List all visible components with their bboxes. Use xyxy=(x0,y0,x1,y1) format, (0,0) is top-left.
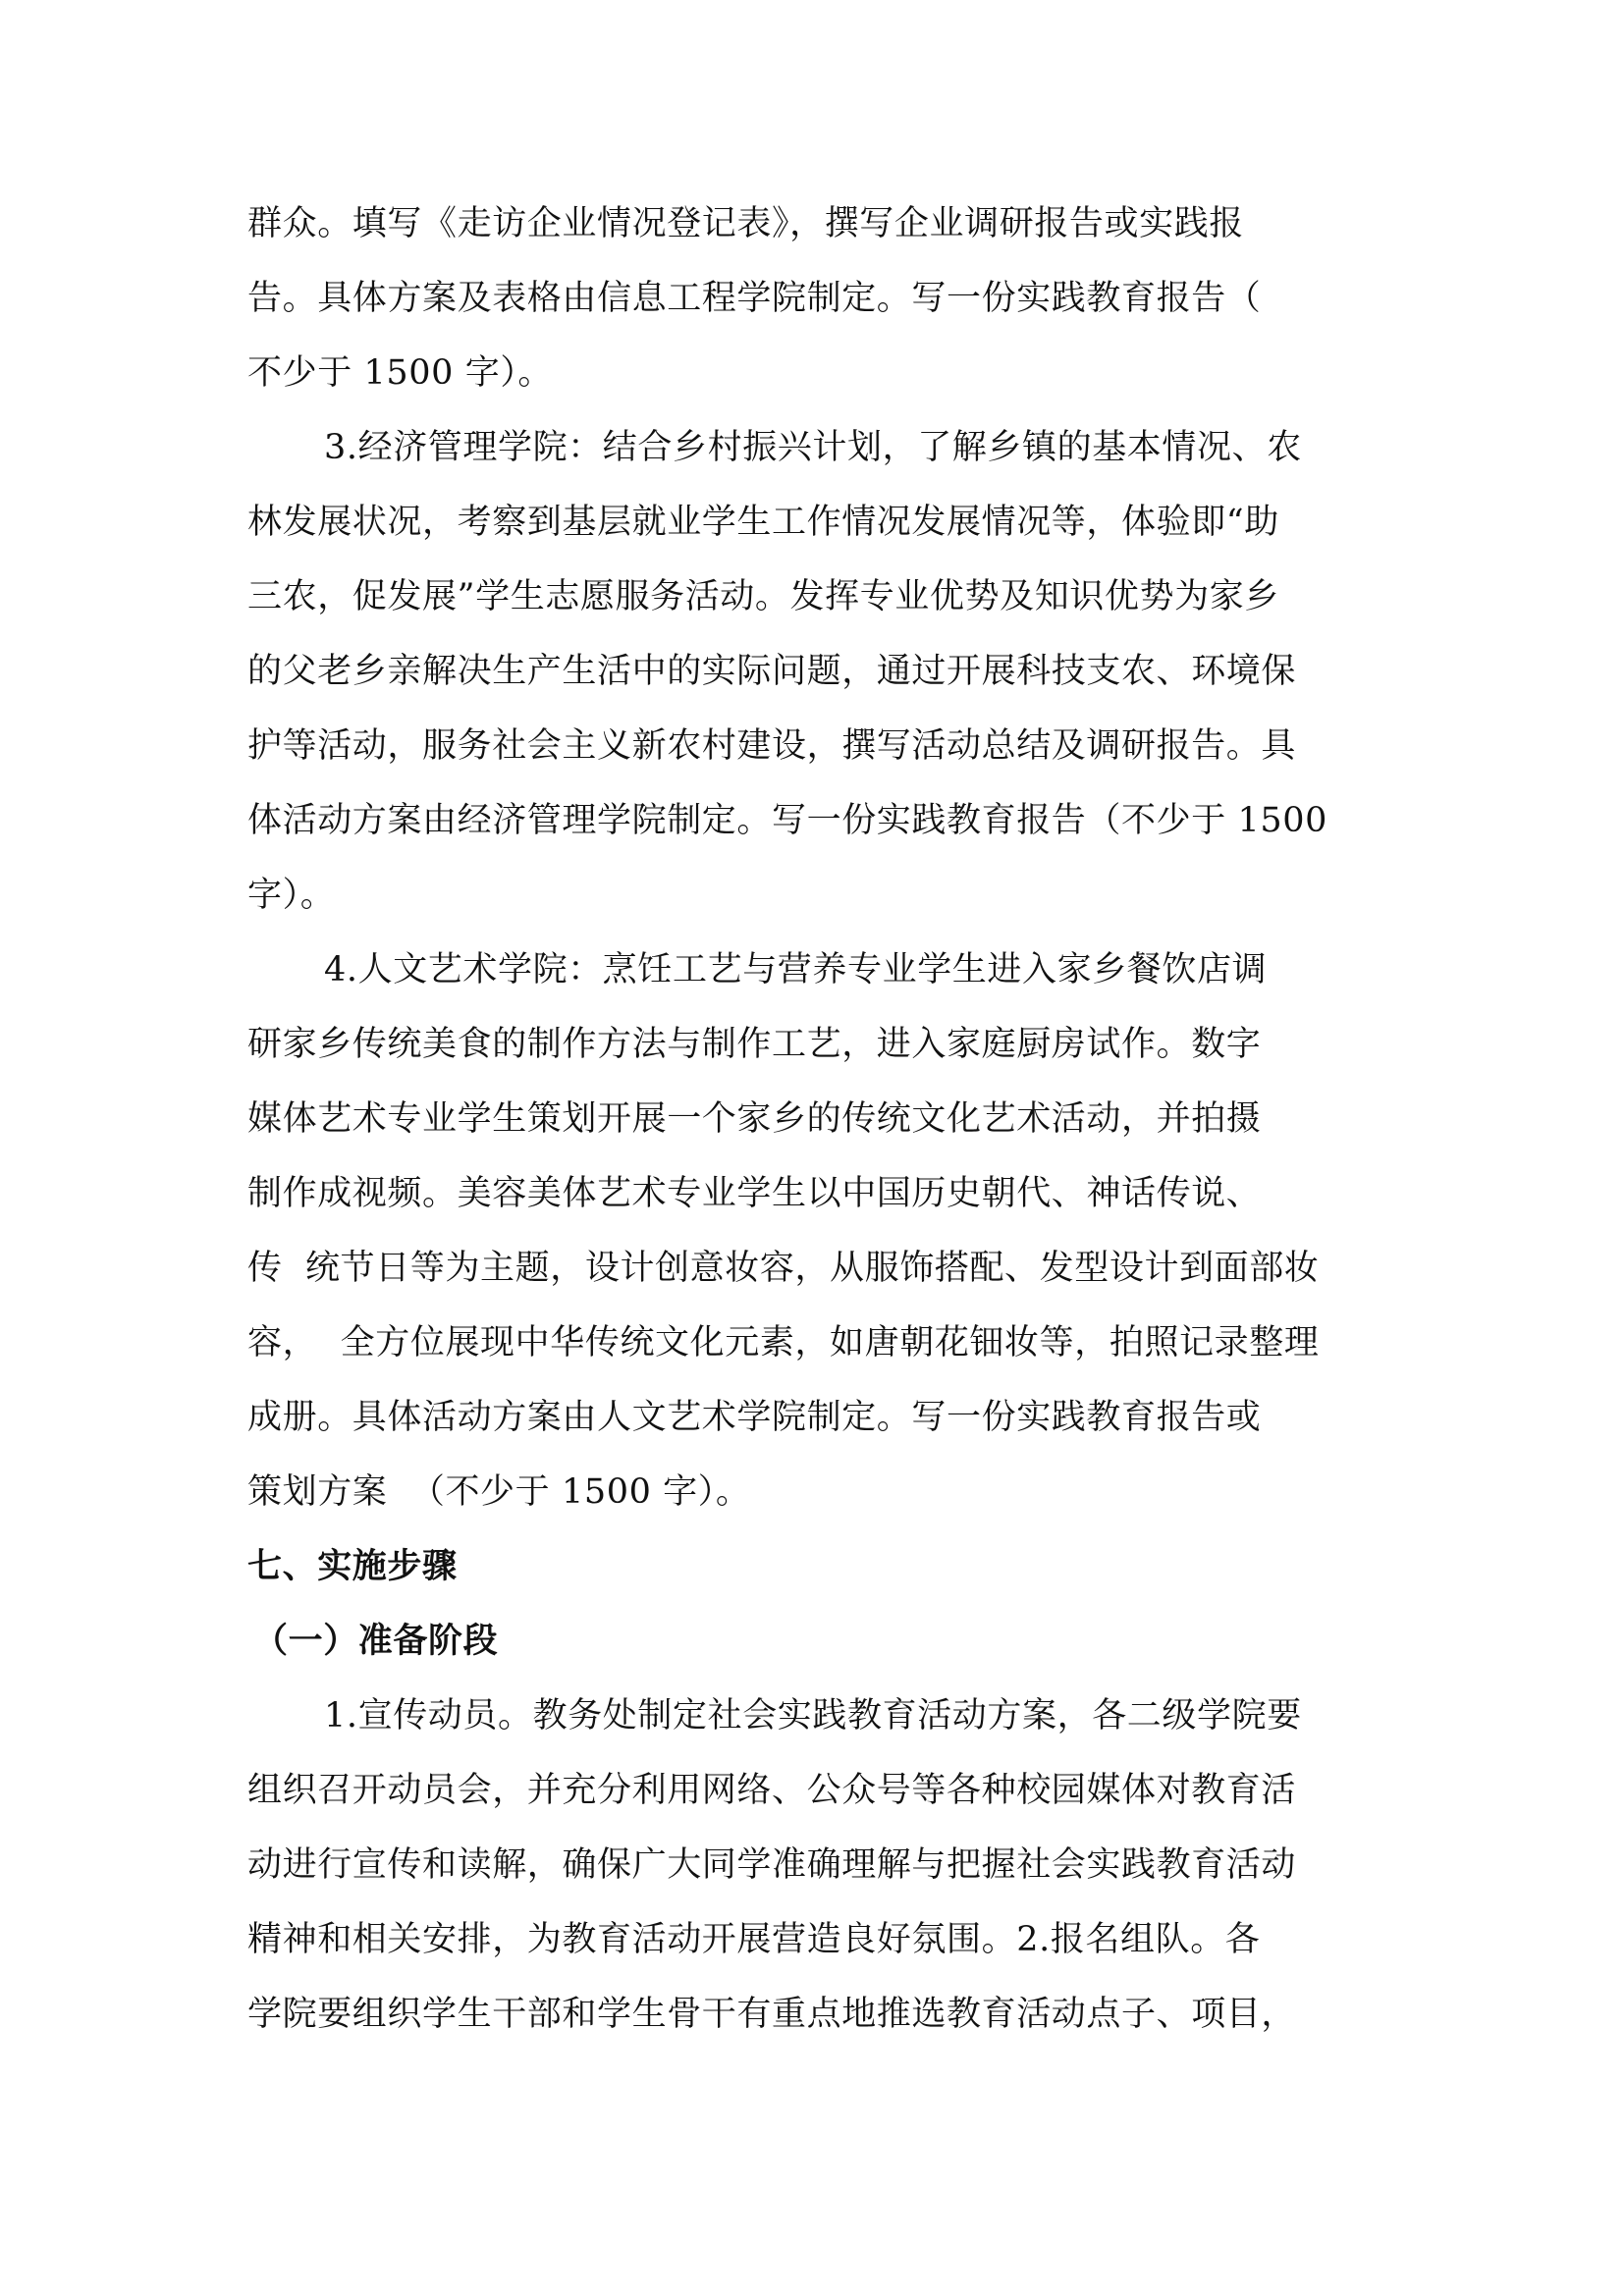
item-3-economics-management: 3.经济管理学院：结合乡村振兴计划，了解乡镇的基本情况、农 xyxy=(324,426,1302,469)
body-line: 研家乡传统美食的制作方法与制作工艺，进入家庭厨房试作。数字 xyxy=(247,1023,1261,1066)
body-line: 动进行宣传和读解，确保广大同学准确理解与把握社会实践教育活动 xyxy=(247,1843,1296,1887)
subsection-heading: （一）准备阶段 xyxy=(253,1620,498,1663)
body-line: 不少于 1500 字）。 xyxy=(247,351,553,395)
item-1-publicity: 1.宣传动员。教务处制定社会实践教育活动方案，各二级学院要 xyxy=(324,1694,1302,1737)
body-line: 林发展状况，考察到基层就业学生工作情况发展情况等，体验即“助 xyxy=(247,501,1279,544)
body-line: 策划方案 （不少于 1500 字）。 xyxy=(247,1470,750,1514)
body-line: 群众。填写《走访企业情况登记表》，撰写企业调研报告或实践报 xyxy=(247,202,1244,245)
document-page: 群众。填写《走访企业情况登记表》，撰写企业调研报告或实践报 告。具体方案及表格由… xyxy=(0,0,1624,2296)
body-line: 成册。具体活动方案由人文艺术学院制定。写一份实践教育报告或 xyxy=(247,1396,1261,1439)
item-4-humanities-arts: 4.人文艺术学院：烹饪工艺与营养专业学生进入家乡餐饮店调 xyxy=(324,948,1267,991)
body-line: 护等活动，服务社会主义新农村建设，撰写活动总结及调研报告。具 xyxy=(247,724,1296,768)
body-line: 三农，促发展”学生志愿服务活动。发挥专业优势及知识优势为家乡 xyxy=(247,575,1279,618)
body-line: 体活动方案由经济管理学院制定。写一份实践教育报告（不少于 1500 xyxy=(247,799,1327,842)
body-line: 告。具体方案及表格由信息工程学院制定。写一份实践教育报告（ xyxy=(247,277,1261,320)
body-line: 容， 全方位展现中华传统文化元素，如唐朝花钿妆等，拍照记录整理 xyxy=(247,1321,1319,1364)
body-line: 制作成视频。美容美体艺术专业学生以中国历史朝代、神话传说、 xyxy=(247,1172,1261,1215)
body-line: 传 统节日等为主题，设计创意妆容，从服饰搭配、发型设计到面部妆 xyxy=(247,1247,1319,1290)
body-line: 精神和相关安排，为教育活动开展营造良好氛围。2.报名组队。各 xyxy=(247,1918,1260,1961)
body-line: 媒体艺术专业学生策划开展一个家乡的传统文化艺术活动，并拍摄 xyxy=(247,1097,1261,1141)
body-line: 的父老乡亲解决生产生活中的实际问题，通过开展科技支农、环境保 xyxy=(247,650,1296,693)
body-line: 学院要组织学生干部和学生骨干有重点地推选教育活动点子、项目， xyxy=(247,1993,1296,2036)
body-line: 字）。 xyxy=(247,874,335,917)
body-line: 组织召开动员会，并充分利用网络、公众号等各种校园媒体对教育活 xyxy=(247,1769,1296,1812)
section-heading: 七、实施步骤 xyxy=(247,1545,458,1588)
